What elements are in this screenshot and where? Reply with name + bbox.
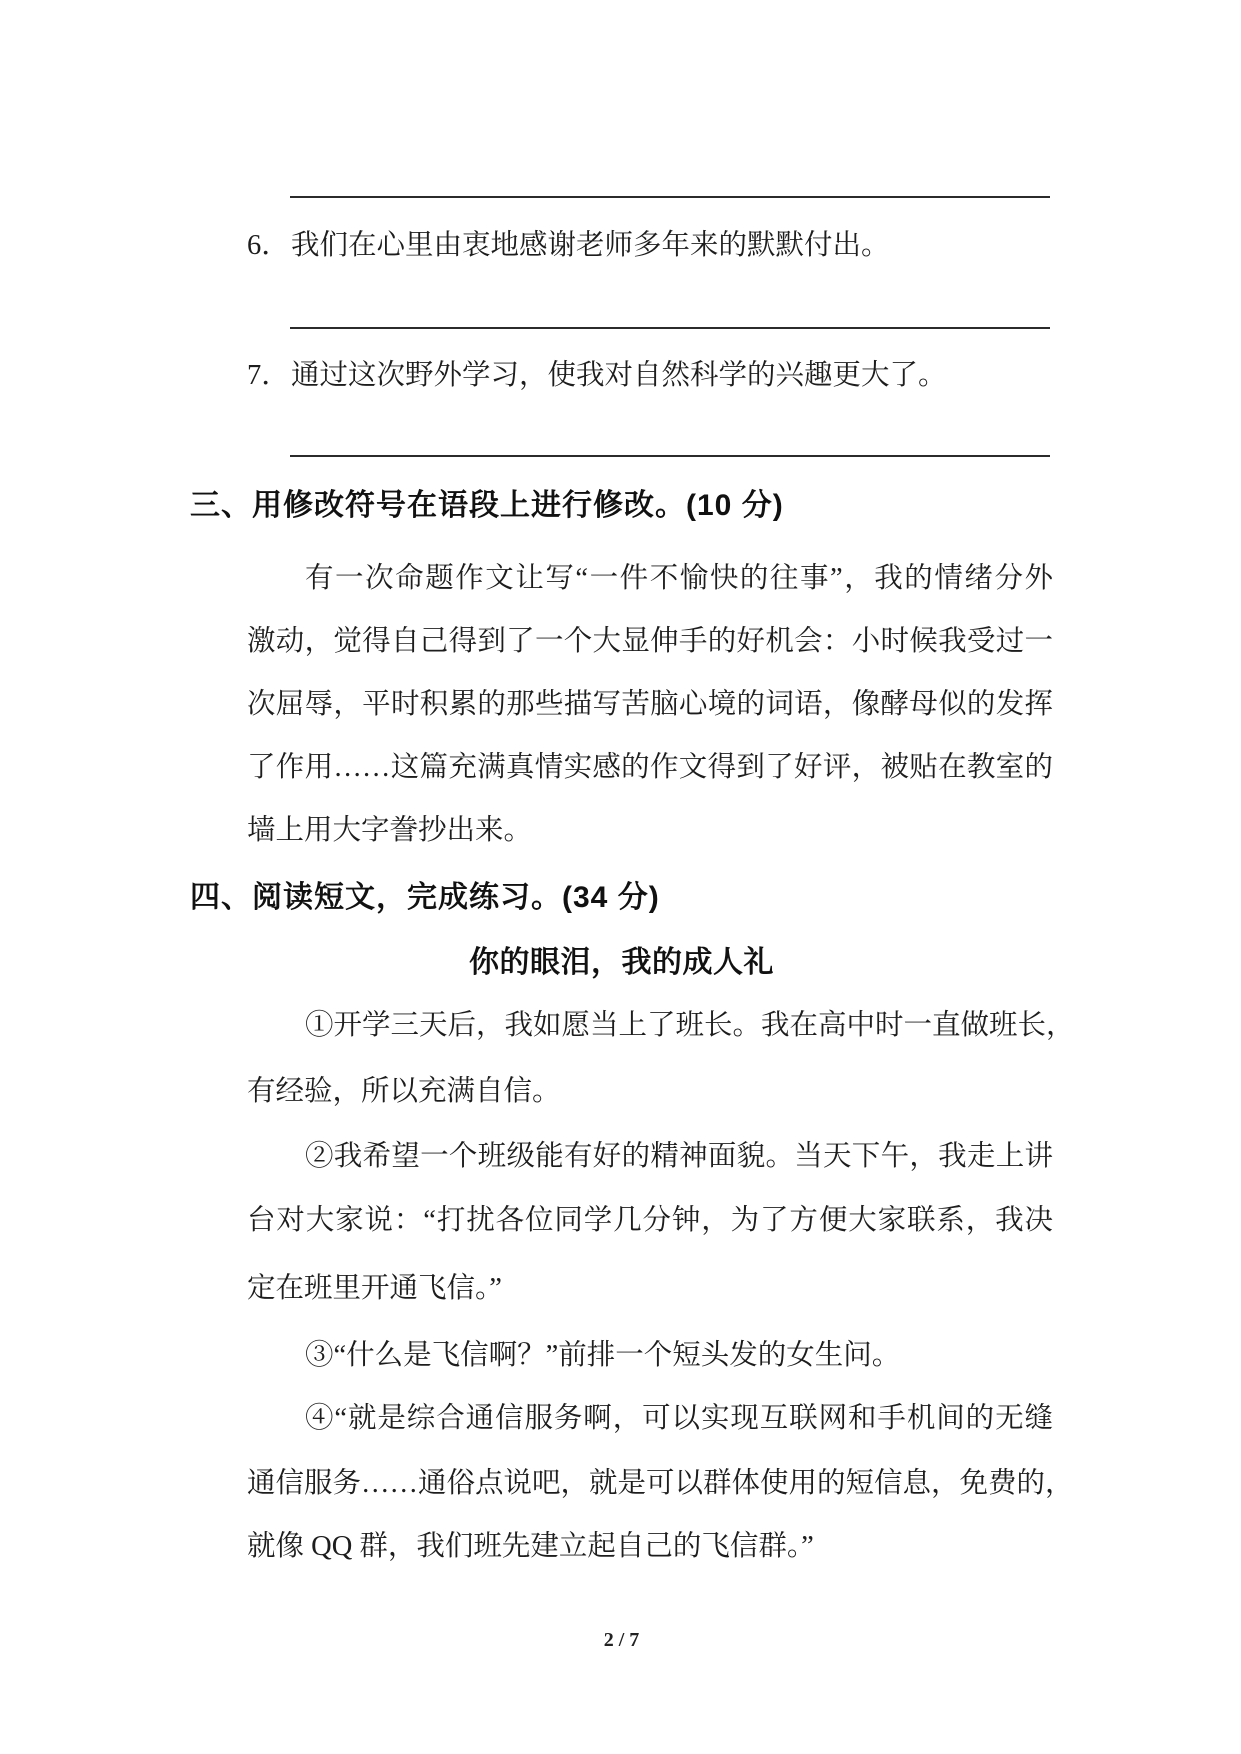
article-line: 定在班里开通飞信。”	[247, 1273, 1053, 1305]
answer-blank-line-1	[290, 196, 1050, 198]
article-title: 你的眼泪，我的成人礼	[190, 946, 1053, 980]
section-heading-4: 四、阅读短文，完成练习。(34 分)	[190, 881, 660, 915]
article-line: ④“就是综合通信服务啊，可以实现互联网和手机间的无缝	[247, 1403, 1053, 1435]
article-line: ①开学三天后，我如愿当上了班长。我在高中时一直做班长，	[247, 1010, 1053, 1042]
article-line: ③“什么是飞信啊？”前排一个短头发的女生问。	[247, 1340, 1053, 1372]
article-line: 有经验，所以充满自信。	[247, 1076, 1053, 1108]
question-number: 7．	[247, 360, 291, 392]
paragraph-line: 有一次命题作文让写“一件不愉快的往事”，我的情绪分外	[247, 563, 1053, 595]
page-number: 2 / 7	[190, 1628, 1053, 1652]
question-text: 我们在心里由衷地感谢老师多年来的默默付出。	[291, 230, 890, 261]
article-line: ②我希望一个班级能有好的精神面貌。当天下午，我走上讲	[247, 1141, 1053, 1173]
question-item-6: 6．我们在心里由衷地感谢老师多年来的默默付出。	[247, 230, 1053, 262]
article-line: 台对大家说：“打扰各位同学几分钟，为了方便大家联系，我决	[247, 1205, 1053, 1237]
article-line: 通信服务……通俗点说吧，就是可以群体使用的短信息，免费的，	[247, 1468, 1053, 1500]
answer-blank-line-2	[290, 327, 1050, 329]
question-item-7: 7．通过这次野外学习，使我对自然科学的兴趣更大了。	[247, 360, 1053, 392]
paragraph-line: 激动，觉得自己得到了一个大显伸手的好机会：小时候我受过一	[247, 626, 1053, 658]
section-heading-3: 三、用修改符号在语段上进行修改。(10 分)	[190, 489, 784, 523]
document-page: 6．我们在心里由衷地感谢老师多年来的默默付出。 7．通过这次野外学习，使我对自然…	[0, 0, 1241, 1754]
paragraph-line: 了作用……这篇充满真情实感的作文得到了好评，被贴在教室的	[247, 752, 1053, 784]
answer-blank-line-3	[290, 455, 1050, 457]
article-line: 就像 QQ 群，我们班先建立起自己的飞信群。”	[247, 1531, 1053, 1563]
paragraph-line: 次屈辱，平时积累的那些描写苦脑心境的词语，像酵母似的发挥	[247, 689, 1053, 721]
paragraph-line: 墙上用大字誊抄出来。	[247, 815, 1053, 847]
question-text: 通过这次野外学习，使我对自然科学的兴趣更大了。	[291, 360, 947, 391]
question-number: 6．	[247, 230, 291, 262]
